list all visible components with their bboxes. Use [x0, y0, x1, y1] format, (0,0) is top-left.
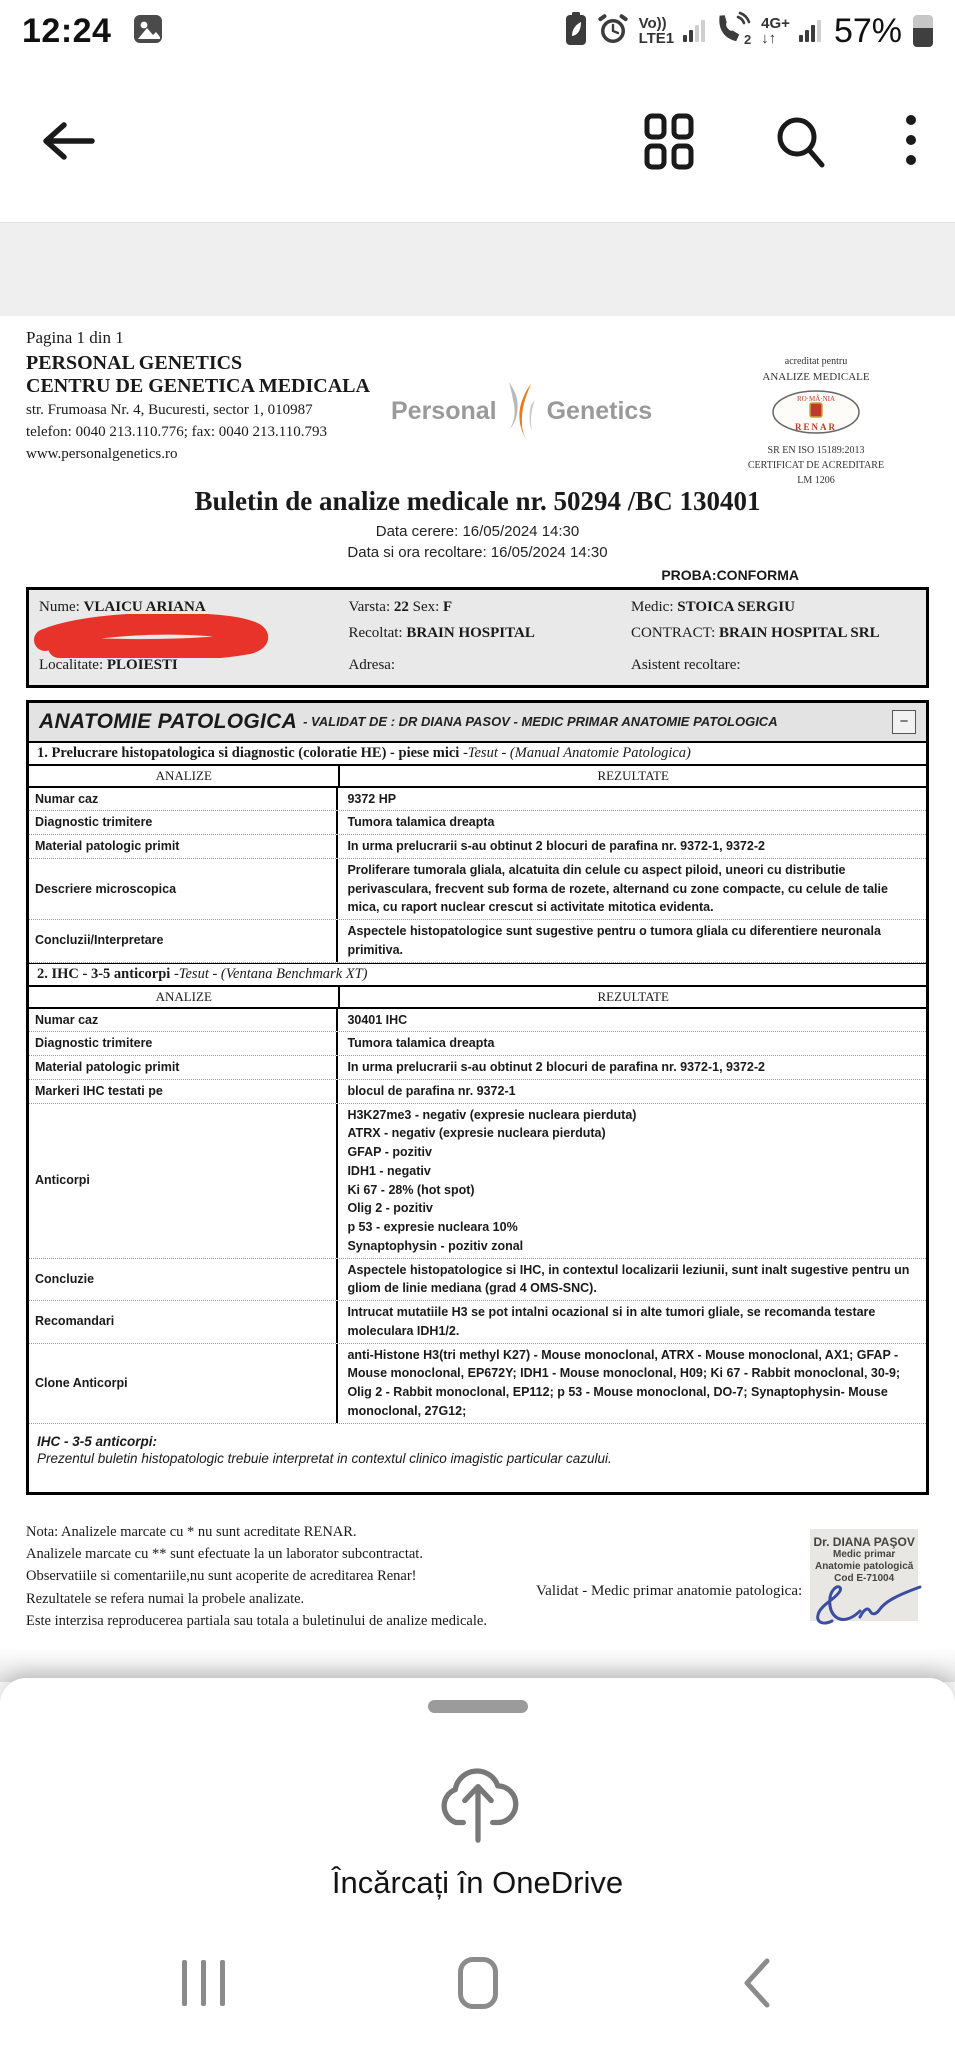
column-rezultate: REZULTATE [340, 766, 926, 786]
analysis-label: Markeri IHC testati pe [29, 1080, 338, 1103]
redacted-cnp [29, 620, 338, 652]
document-top-margin [0, 222, 955, 317]
table2-caption: 2. IHC - 3-5 anticorpi -Tesut - (Ventana… [29, 963, 926, 987]
svg-text:RENAR: RENAR [795, 422, 837, 432]
battery-icon [913, 15, 933, 47]
table2-rows: Numar caz 30401 IHC Diagnostic trimitere… [29, 1009, 926, 1424]
back-arrow-icon[interactable] [38, 119, 96, 163]
renar-seal-icon: RO·MÂ·NIARENAR [731, 388, 901, 441]
app-toolbar [0, 62, 955, 220]
signal-bars-sim1 [683, 20, 705, 42]
validated-by-label: Validat - Medic primar anatomie patologi… [536, 1583, 802, 1633]
analysis-label: Numar caz [29, 788, 338, 811]
analysis-result: In urma prelucrarii s-au obtinut 2 blocu… [338, 1056, 926, 1079]
analysis-label: Concluzie [29, 1259, 338, 1301]
phone-screen: 12:24 Vo)) LTE1 2 4G+ ↓↑ [0, 0, 955, 2048]
sample-status: PROBA:CONFORMA [26, 567, 929, 583]
upload-label: Încărcați în OneDrive [0, 1865, 955, 1901]
analysis-result: blocul de parafina nr. 9372-1 [338, 1080, 926, 1103]
section-footnote: IHC - 3-5 anticorpi: Prezentul buletin h… [29, 1424, 926, 1492]
section-title: ANATOMIE PATOLOGICA [39, 710, 297, 734]
analysis-label: Diagnostic trimitere [29, 811, 338, 834]
table-row: Diagnostic trimitere Tumora talamica dre… [29, 811, 926, 835]
analysis-result: Aspectele histopatologice sunt sugestive… [338, 920, 926, 962]
note-line: Este interzisa reproducerea partiala sau… [26, 1610, 496, 1632]
table-row: Descriere microscopica Proliferare tumor… [29, 859, 926, 920]
table-row: Numar caz 9372 HP [29, 788, 926, 812]
analysis-result: 30401 IHC [338, 1009, 926, 1032]
sheet-scrim [0, 1648, 955, 1682]
home-icon[interactable] [452, 1956, 504, 2010]
table-row: Material patologic primit In urma preluc… [29, 1056, 926, 1080]
analysis-label: Material patologic primit [29, 835, 338, 858]
red-marker-scribble [29, 614, 279, 658]
anatomie-patologica-section: ANATOMIE PATOLOGICA - VALIDAT DE : DR DI… [26, 700, 929, 1495]
date-request: Data cerere: 16/05/2024 14:30 [26, 521, 929, 542]
upload-to-onedrive-button[interactable]: Încărcați în OneDrive [0, 1758, 955, 1901]
lab-logo: Personal Genetics [391, 380, 652, 442]
analysis-label: Clone Anticorpi [29, 1344, 338, 1423]
table2-header: ANALIZE REZULTATE [29, 987, 926, 1009]
navigation-bar [0, 1918, 955, 2048]
table-row: Material patologic primit In urma preluc… [29, 835, 926, 859]
collapse-section-button[interactable]: − [892, 710, 916, 734]
patient-info-table: Nume: VLAICU ARIANA Varsta: 22 Sex: F Me… [26, 587, 929, 688]
date-collect: Data si ora recoltare: 16/05/2024 14:30 [26, 542, 929, 563]
footer-notes: Nota: Analizele marcate cu * nu sunt acr… [26, 1521, 496, 1633]
analysis-result: Intrucat mutatiile H3 se pot intalni oca… [338, 1301, 926, 1343]
battery-percent: 57% [834, 12, 902, 51]
analysis-label: Diagnostic trimitere [29, 1032, 338, 1055]
analysis-label: Descriere microscopica [29, 859, 338, 919]
gallery-notification-icon [133, 14, 163, 49]
battery-saver-icon [565, 12, 587, 51]
accreditation-block: acreditat pentru ANALIZE MEDICALE RO·MÂ·… [731, 354, 901, 488]
bulletin-title: Buletin de analize medicale nr. 50294 /B… [26, 486, 929, 517]
table-row: Clone Anticorpi anti-Histone H3(tri meth… [29, 1344, 926, 1424]
note-line: Nota: Analizele marcate cu * nu sunt acr… [26, 1521, 496, 1543]
onedrive-bottom-sheet: Încărcați în OneDrive [0, 1678, 955, 2048]
back-icon[interactable] [733, 1954, 779, 2012]
signature-icon [802, 1577, 932, 1633]
analysis-result: 9372 HP [338, 788, 926, 811]
analysis-label: Anticorpi [29, 1104, 338, 1258]
table-row: Recomandari Intrucat mutatiile H3 se pot… [29, 1301, 926, 1344]
analysis-label: Numar caz [29, 1009, 338, 1032]
analysis-result: In urma prelucrarii s-au obtinut 2 blocu… [338, 835, 926, 858]
phone-call-icon: 2 [714, 11, 752, 52]
analysis-result: H3K27me3 - negativ (expresie nucleara pi… [338, 1104, 926, 1258]
patient-adresa: Adresa: [338, 652, 621, 678]
analysis-result: Aspectele histopatologice si IHC, in con… [338, 1259, 926, 1301]
logo-swoosh-icon [501, 380, 543, 442]
table-row: Markeri IHC testati pe blocul de parafin… [29, 1080, 926, 1104]
svg-text:2: 2 [744, 32, 751, 47]
svg-text:RO·MÂ·NIA: RO·MÂ·NIA [797, 395, 835, 403]
table-row: Anticorpi H3K27me3 - negativ (expresie n… [29, 1104, 926, 1259]
patient-medic: Medic: STOICA SERGIU [621, 594, 926, 620]
recents-icon[interactable] [176, 1959, 231, 2007]
table-row: Numar caz 30401 IHC [29, 1009, 926, 1033]
column-analize: ANALIZE [29, 766, 340, 786]
table-row: Diagnostic trimitere Tumora talamica dre… [29, 1032, 926, 1056]
analysis-result: Tumora talamica dreapta [338, 811, 926, 834]
table1-header: ANALIZE REZULTATE [29, 766, 926, 788]
analysis-label: Concluzii/Interpretare [29, 920, 338, 962]
table-row: Concluzii/Interpretare Aspectele histopa… [29, 920, 926, 963]
analysis-result: Tumora talamica dreapta [338, 1032, 926, 1055]
status-bar: 12:24 Vo)) LTE1 2 4G+ ↓↑ [0, 0, 955, 62]
page-count-label: Pagina 1 din 1 [26, 328, 929, 348]
overflow-menu-icon[interactable] [905, 112, 917, 170]
column-rezultate: REZULTATE [340, 987, 926, 1007]
analysis-label: Recomandari [29, 1301, 338, 1343]
table1-rows: Numar caz 9372 HP Diagnostic trimitere T… [29, 788, 926, 963]
data-mode-arrows: 4G+ ↓↑ [761, 16, 790, 46]
grid-view-icon[interactable] [643, 112, 695, 170]
patient-age-sex: Varsta: 22 Sex: F [338, 594, 621, 620]
column-analize: ANALIZE [29, 987, 340, 1007]
patient-recoltat: Recoltat: BRAIN HOSPITAL [338, 620, 621, 652]
note-line: Rezultatele se refera numai la probele a… [26, 1588, 496, 1610]
note-line: Analizele marcate cu ** sunt efectuate l… [26, 1543, 496, 1565]
sheet-drag-handle[interactable] [428, 1700, 528, 1713]
section-validated-by: - VALIDAT DE : DR DIANA PASOV - MEDIC PR… [303, 714, 778, 729]
clock: 12:24 [22, 12, 111, 51]
patient-asistent: Asistent recoltare: [621, 652, 926, 678]
analysis-result: Proliferare tumorala gliala, alcatuita d… [338, 859, 926, 919]
document-page: Pagina 1 din 1 PERSONAL GENETICS CENTRU … [0, 316, 955, 1766]
network-volte-label: Vo)) LTE1 [639, 16, 675, 46]
signal-bars-sim2 [799, 20, 821, 42]
alarm-icon [596, 12, 630, 51]
search-icon[interactable] [773, 113, 827, 169]
table1-caption: 1. Prelucrare histopatologica si diagnos… [29, 743, 926, 766]
analysis-result: anti-Histone H3(tri methyl K27) - Mouse … [338, 1344, 926, 1423]
analysis-label: Material patologic primit [29, 1056, 338, 1079]
table-row: Concluzie Aspectele histopatologice si I… [29, 1259, 926, 1302]
cloud-upload-icon [430, 1758, 526, 1846]
doctor-stamp: Dr. DIANA PAŞOV Medic primar Anatomie pa… [810, 1529, 918, 1621]
patient-contract: CONTRACT: BRAIN HOSPITAL SRL [621, 620, 926, 652]
section-header: ANATOMIE PATOLOGICA - VALIDAT DE : DR DI… [29, 703, 926, 743]
note-line: Observatiile si comentariile,nu sunt aco… [26, 1565, 496, 1587]
